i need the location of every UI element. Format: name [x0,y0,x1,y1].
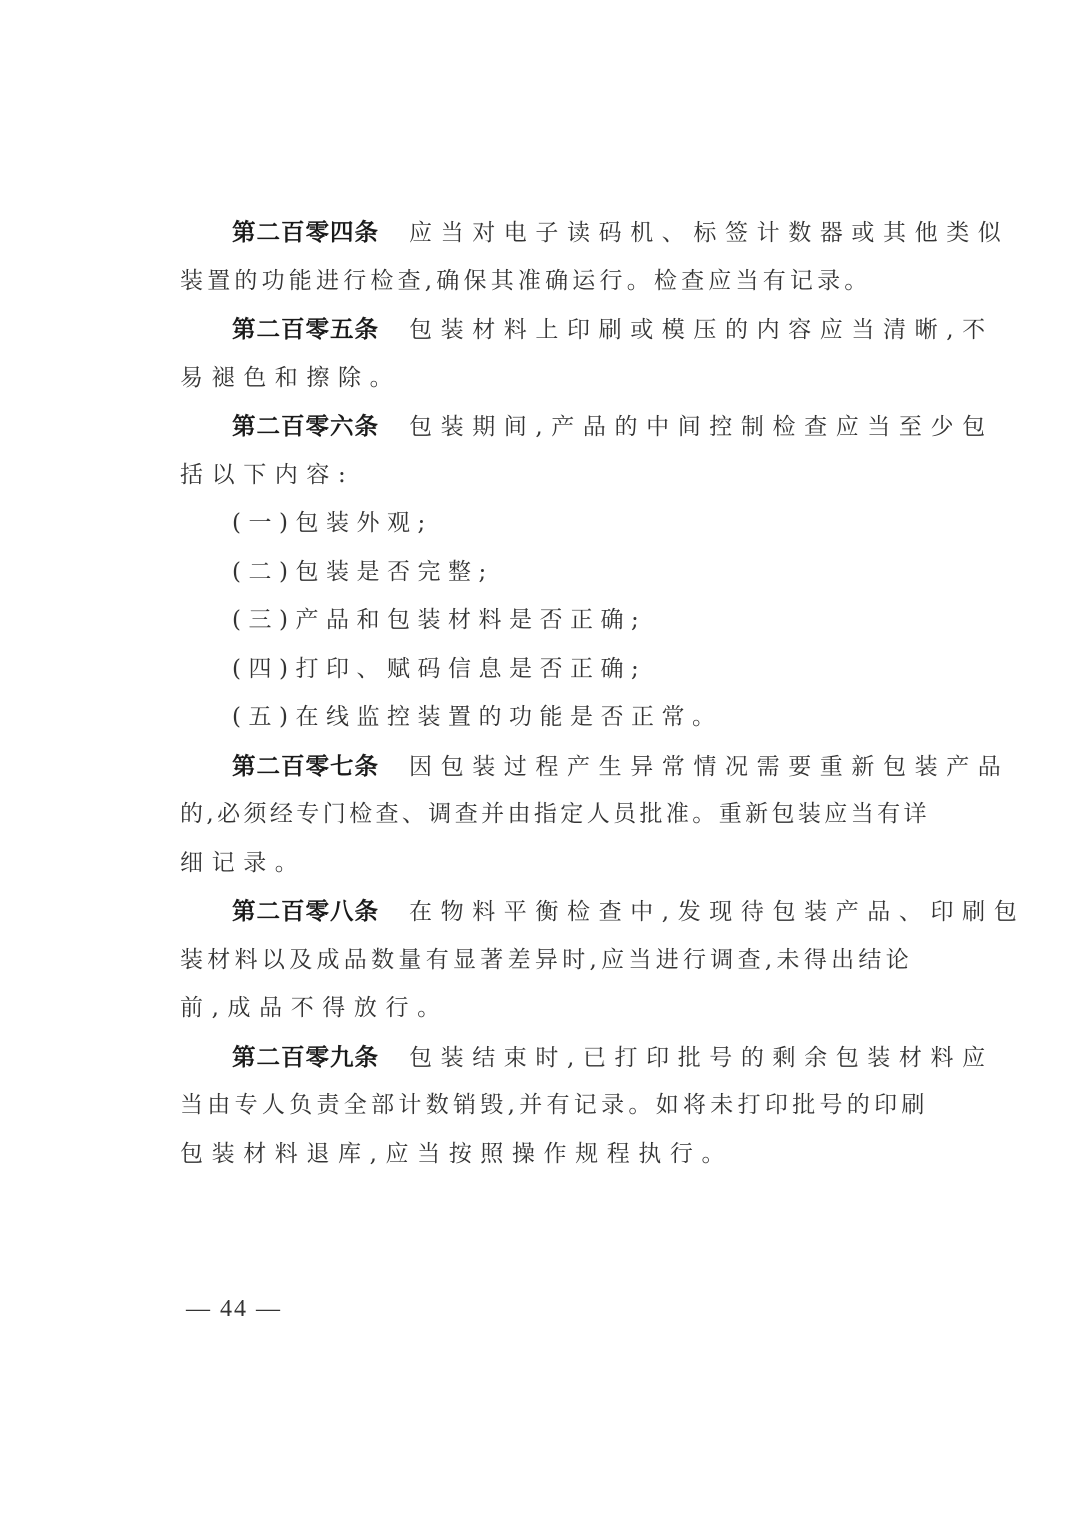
article-text: 包装结束时,已打印批号的剩余包装材料应 [409,1045,994,1071]
article-text: 包装期间,产品的中间控制检查应当至少包 [409,414,994,440]
article-209-line-3: 包装材料退库,应当按照操作规程执行。 [180,1130,906,1179]
list-item: (四)打印、赋码信息是否正确; [180,645,906,694]
list-item: (三)产品和包装材料是否正确; [180,596,906,645]
article-208-line-1: 第二百零八条在物料平衡检查中,发现待包装产品、印刷包 [180,887,906,936]
article-209-line-1: 第二百零九条包装结束时,已打印批号的剩余包装材料应 [180,1033,906,1082]
article-heading: 第二百零九条 [232,1043,379,1071]
list-item: (二)包装是否完整; [180,548,906,597]
article-208-line-2: 装材料以及成品数量有显著差异时,应当进行调查,未得出结论 [180,936,906,985]
article-heading: 第二百零四条 [232,218,379,246]
article-207-line-2: 的,必须经专门检查、调查并由指定人员批准。重新包装应当有详 [180,790,906,839]
article-text: 在物料平衡检查中,发现待包装产品、印刷包 [409,899,1025,925]
article-text: 因包装过程产生异常情况需要重新包装产品 [409,754,1009,780]
article-heading: 第二百零七条 [232,752,379,780]
article-heading: 第二百零八条 [232,897,379,925]
article-text: 应当对电子读码机、标签计数器或其他类似 [409,220,1009,246]
document-body: 第二百零四条应当对电子读码机、标签计数器或其他类似 装置的功能进行检查,确保其准… [180,208,906,1178]
article-206-line-2: 括以下内容: [180,451,906,500]
article-204-line-2: 装置的功能进行检查,确保其准确运行。检查应当有记录。 [180,257,906,306]
article-heading: 第二百零五条 [232,315,379,343]
article-205-line-1: 第二百零五条包装材料上印刷或模压的内容应当清晰,不 [180,305,906,354]
page-number: — 44 — [186,1296,282,1323]
document-page: 第二百零四条应当对电子读码机、标签计数器或其他类似 装置的功能进行检查,确保其准… [0,0,1080,1529]
article-text: 包装材料上印刷或模压的内容应当清晰,不 [409,317,994,343]
article-204-line-1: 第二百零四条应当对电子读码机、标签计数器或其他类似 [180,208,906,257]
list-item: (一)包装外观; [180,499,906,548]
article-209-line-2: 当由专人负责全部计数销毁,并有记录。如将未打印批号的印刷 [180,1081,906,1130]
article-207-line-1: 第二百零七条因包装过程产生异常情况需要重新包装产品 [180,742,906,791]
list-item: (五)在线监控装置的功能是否正常。 [180,693,906,742]
article-heading: 第二百零六条 [232,412,379,440]
article-206-line-1: 第二百零六条包装期间,产品的中间控制检查应当至少包 [180,402,906,451]
article-208-line-3: 前,成品不得放行。 [180,984,906,1033]
article-207-line-3: 细记录。 [180,839,906,888]
article-205-line-2: 易褪色和擦除。 [180,354,906,403]
